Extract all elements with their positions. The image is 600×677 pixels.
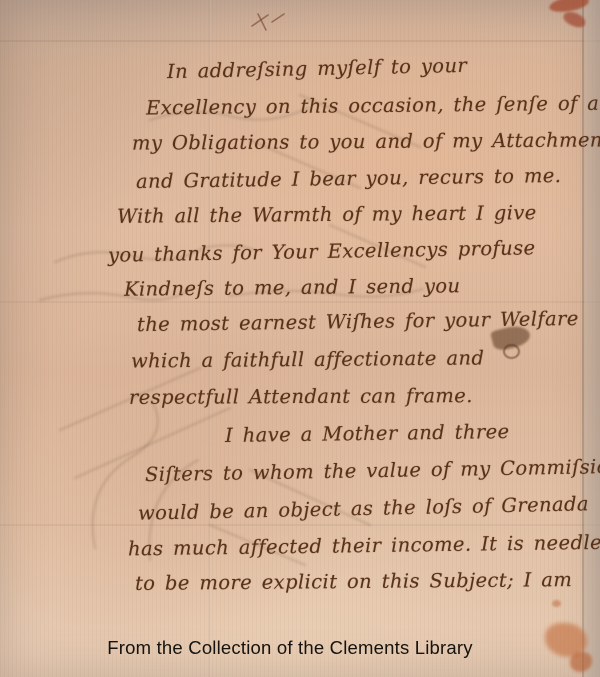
letter-line: respectfull Attendant can frame. [129,384,473,409]
letter-line: which a faithfull affectionate and [131,346,484,372]
letter-line: Excellency on this occasion, the ſenſe o… [146,92,600,120]
letter-line: I have a Mother and three [225,420,510,447]
collection-caption: From the Collection of the Clements Libr… [0,637,580,659]
manuscript-text-block: In addreſsing myſelf to your Excellency … [0,0,600,677]
letter-line: my Obligations to you and of my Attachme… [132,128,600,154]
letter-line: to be more explicit on this Subject; I a… [135,568,572,595]
letter-line: the most earnest Wiſhes for your Welfare [137,307,579,336]
letter-line: Kindneſs to me, and I send you [124,274,461,301]
letter-line: and Gratitude I bear you, recurs to me. [136,164,562,193]
letter-line: In addreſsing myſelf to your [167,54,468,83]
letter-line: would be an object as the loſs of Grenad… [138,492,589,524]
letter-photograph: In addreſsing myſelf to your Excellency … [0,0,600,677]
letter-line: has much affected their income. It is ne… [128,531,600,561]
letter-line: you thanks for Your Excellencys profuse [108,236,536,266]
letter-line: With all the Warmth of my heart I give [117,201,537,228]
letter-line: Siſters to whom the value of my Commiſsi… [145,455,600,486]
